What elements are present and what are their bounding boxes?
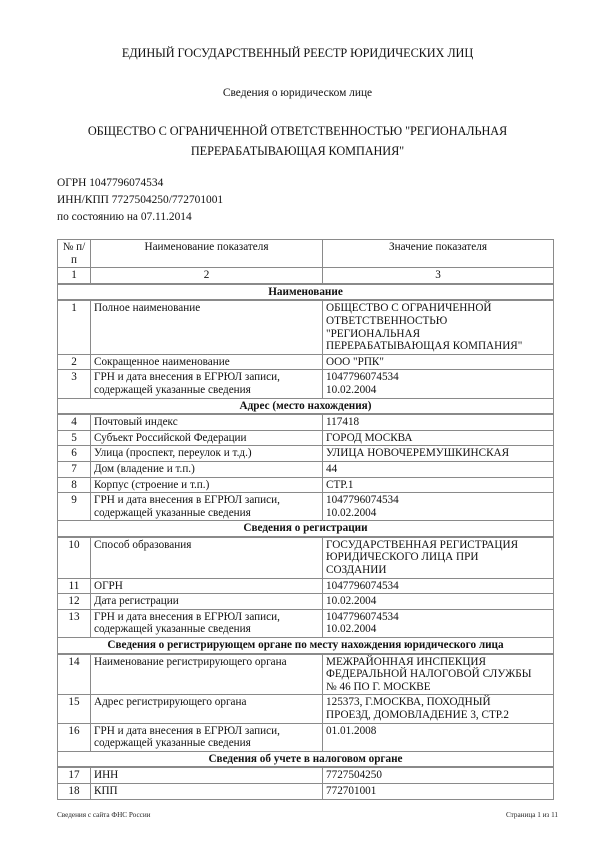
table-row: 7Дом (владение и т.п.)44 — [58, 461, 554, 477]
table-row: 16ГРН и дата внесения в ЕГРЮЛ записи, со… — [58, 723, 554, 751]
indicator-value: 117418 — [323, 414, 554, 430]
value-line: ГОРОД МОСКВА — [326, 432, 550, 445]
section-header-row: Наименование — [58, 284, 554, 301]
indicator-value: ООО "РПК" — [323, 354, 554, 370]
row-number: 11 — [58, 578, 91, 594]
row-number: 2 — [58, 354, 91, 370]
value-line: ПЕРЕРАБАТЫВАЮЩАЯ КОМПАНИЯ" — [326, 340, 550, 353]
column-number: 2 — [91, 268, 323, 284]
indicator-value: 44 — [323, 461, 554, 477]
table-row: 17ИНН7727504250 — [58, 767, 554, 783]
value-line: № 46 ПО Г. МОСКВЕ — [326, 681, 550, 694]
indicator-name: ГРН и дата внесения в ЕГРЮЛ записи, соде… — [91, 370, 323, 398]
indicator-value: УЛИЦА НОВОЧЕРЕМУШКИНСКАЯ — [323, 446, 554, 462]
value-line: 772701001 — [326, 785, 550, 798]
indicator-name: КПП — [91, 783, 323, 799]
table-row: 11ОГРН1047796074534 — [58, 578, 554, 594]
indicator-name: ОГРН — [91, 578, 323, 594]
table-row: 5Субъект Российской ФедерацииГОРОД МОСКВ… — [58, 430, 554, 446]
indicator-value: ГОСУДАРСТВЕННАЯ РЕГИСТРАЦИЯЮРИДИЧЕСКОГО … — [323, 537, 554, 578]
row-number: 13 — [58, 609, 91, 637]
value-line: 10.02.2004 — [326, 507, 550, 520]
as-of-date-line: по состоянию на 07.11.2014 — [57, 210, 192, 225]
section-header-row: Сведения об учете в налоговом органе — [58, 751, 554, 767]
table-row: 13ГРН и дата внесения в ЕГРЮЛ записи, со… — [58, 609, 554, 637]
table-row: 3ГРН и дата внесения в ЕГРЮЛ записи, сод… — [58, 370, 554, 398]
indicator-value: 125373, Г.МОСКВА, ПОХОДНЫЙПРОЕЗД, ДОМОВЛ… — [323, 695, 554, 723]
section-title: Сведения об учете в налоговом органе — [58, 751, 554, 767]
registry-title: ЕДИНЫЙ ГОСУДАРСТВЕННЫЙ РЕЕСТР ЮРИДИЧЕСКИ… — [0, 46, 595, 61]
value-line: СОЗДАНИИ — [326, 564, 550, 577]
row-number: 10 — [58, 537, 91, 578]
value-line: ФЕДЕРАЛЬНОЙ НАЛОГОВОЙ СЛУЖБЫ — [326, 668, 550, 681]
row-number: 7 — [58, 461, 91, 477]
indicator-name: Способ образования — [91, 537, 323, 578]
indicator-value: ОБЩЕСТВО С ОГРАНИЧЕННОЙОТВЕТСТВЕННОСТЬЮ"… — [323, 300, 554, 354]
indicator-name: Улица (проспект, переулок и т.д.) — [91, 446, 323, 462]
row-number: 17 — [58, 767, 91, 783]
indicator-name: Дата регистрации — [91, 594, 323, 610]
column-number: 3 — [323, 268, 554, 284]
organization-name-line: ОБЩЕСТВО С ОГРАНИЧЕННОЙ ОТВЕТСТВЕННОСТЬЮ… — [0, 121, 595, 141]
indicator-name: Дом (владение и т.п.) — [91, 461, 323, 477]
value-line: 10.02.2004 — [326, 384, 550, 397]
indicator-value: МЕЖРАЙОННАЯ ИНСПЕКЦИЯФЕДЕРАЛЬНОЙ НАЛОГОВ… — [323, 654, 554, 695]
table-row: 1Полное наименованиеОБЩЕСТВО С ОГРАНИЧЕН… — [58, 300, 554, 354]
header-indicator-value: Значение показателя — [323, 240, 554, 268]
section-title: Адрес (место нахождения) — [58, 398, 554, 414]
indicator-value: 104779607453410.02.2004 — [323, 609, 554, 637]
value-line: "РЕГИОНАЛЬНАЯ — [326, 328, 550, 341]
table-row: 18КПП772701001 — [58, 783, 554, 799]
value-line: ПРОЕЗД, ДОМОВЛАДЕНИЕ 3, СТР.2 — [326, 709, 550, 722]
indicator-value: 1047796074534 — [323, 578, 554, 594]
indicator-name: Субъект Российской Федерации — [91, 430, 323, 446]
row-number: 18 — [58, 783, 91, 799]
value-line: ЮРИДИЧЕСКОГО ЛИЦА ПРИ — [326, 551, 550, 564]
table-row: 15Адрес регистрирующего органа125373, Г.… — [58, 695, 554, 723]
row-number: 3 — [58, 370, 91, 398]
header-number: № п/п — [58, 240, 91, 268]
header-indicator-name: Наименование показателя — [91, 240, 323, 268]
section-header-row: Адрес (место нахождения) — [58, 398, 554, 414]
section-title: Сведения о регистрации — [58, 521, 554, 537]
registry-table: № п/п Наименование показателя Значение п… — [57, 239, 554, 800]
value-line: 10.02.2004 — [326, 623, 550, 636]
value-line: ГОСУДАРСТВЕННАЯ РЕГИСТРАЦИЯ — [326, 539, 550, 552]
indicator-value: ГОРОД МОСКВА — [323, 430, 554, 446]
value-line: 01.01.2008 — [326, 725, 550, 738]
indicator-name: ИНН — [91, 767, 323, 783]
section-title: Наименование — [58, 284, 554, 301]
value-line: 1047796074534 — [326, 580, 550, 593]
indicator-value: 772701001 — [323, 783, 554, 799]
section-header-row: Сведения о регистрации — [58, 521, 554, 537]
table-row: 4Почтовый индекс117418 — [58, 414, 554, 430]
row-number: 14 — [58, 654, 91, 695]
indicator-name: ГРН и дата внесения в ЕГРЮЛ записи, соде… — [91, 723, 323, 751]
section-header-row: Сведения о регистрирующем органе по мест… — [58, 638, 554, 654]
row-number: 15 — [58, 695, 91, 723]
footer-source: Сведения с сайта ФНС России — [57, 811, 151, 819]
row-number: 6 — [58, 446, 91, 462]
section-title: Сведения о регистрирующем органе по мест… — [58, 638, 554, 654]
row-number: 16 — [58, 723, 91, 751]
table-row: 12Дата регистрации10.02.2004 — [58, 594, 554, 610]
row-number: 12 — [58, 594, 91, 610]
value-line: 1047796074534 — [326, 371, 550, 384]
indicator-name: ГРН и дата внесения в ЕГРЮЛ записи, соде… — [91, 609, 323, 637]
indicator-value: 7727504250 — [323, 767, 554, 783]
ogrn-line: ОГРН 1047796074534 — [57, 176, 163, 191]
value-line: 7727504250 — [326, 769, 550, 782]
indicator-value: СТР.1 — [323, 477, 554, 493]
row-number: 9 — [58, 493, 91, 521]
value-line: УЛИЦА НОВОЧЕРЕМУШКИНСКАЯ — [326, 447, 550, 460]
value-line: 1047796074534 — [326, 494, 550, 507]
table-row: 2Сокращенное наименованиеООО "РПК" — [58, 354, 554, 370]
organization-name-line: ПЕРЕРАБАТЫВАЮЩАЯ КОМПАНИЯ" — [0, 141, 595, 161]
row-number: 4 — [58, 414, 91, 430]
value-line: ОБЩЕСТВО С ОГРАНИЧЕННОЙ — [326, 302, 550, 315]
table-row: 9ГРН и дата внесения в ЕГРЮЛ записи, сод… — [58, 493, 554, 521]
indicator-value: 01.01.2008 — [323, 723, 554, 751]
column-number-row: 1 2 3 — [58, 268, 554, 284]
row-number: 5 — [58, 430, 91, 446]
indicator-name: Сокращенное наименование — [91, 354, 323, 370]
value-line: ОТВЕТСТВЕННОСТЬЮ — [326, 315, 550, 328]
value-line: 117418 — [326, 416, 550, 429]
value-line: 1047796074534 — [326, 611, 550, 624]
footer-page-number: Страница 1 из 11 — [506, 811, 558, 819]
value-line: 125373, Г.МОСКВА, ПОХОДНЫЙ — [326, 696, 550, 709]
indicator-name: Наименование регистрирующего органа — [91, 654, 323, 695]
indicator-value: 104779607453410.02.2004 — [323, 493, 554, 521]
table-header-row: № п/п Наименование показателя Значение п… — [58, 240, 554, 268]
value-line: СТР.1 — [326, 479, 550, 492]
organization-name: ОБЩЕСТВО С ОГРАНИЧЕННОЙ ОТВЕТСТВЕННОСТЬЮ… — [0, 121, 595, 161]
indicator-name: Почтовый индекс — [91, 414, 323, 430]
table-row: 10Способ образованияГОСУДАРСТВЕННАЯ РЕГИ… — [58, 537, 554, 578]
value-line: ООО "РПК" — [326, 356, 550, 369]
row-number: 8 — [58, 477, 91, 493]
indicator-value: 10.02.2004 — [323, 594, 554, 610]
value-line: 44 — [326, 463, 550, 476]
row-number: 1 — [58, 300, 91, 354]
indicator-name: Корпус (строение и т.п.) — [91, 477, 323, 493]
table-row: 14Наименование регистрирующего органаМЕЖ… — [58, 654, 554, 695]
value-line: МЕЖРАЙОННАЯ ИНСПЕКЦИЯ — [326, 656, 550, 669]
inn-kpp-line: ИНН/КПП 7727504250/772701001 — [57, 193, 223, 208]
table-row: 6Улица (проспект, переулок и т.д.)УЛИЦА … — [58, 446, 554, 462]
indicator-name: Полное наименование — [91, 300, 323, 354]
table-row: 8Корпус (строение и т.п.)СТР.1 — [58, 477, 554, 493]
indicator-name: Адрес регистрирующего органа — [91, 695, 323, 723]
indicator-value: 104779607453410.02.2004 — [323, 370, 554, 398]
document-subtitle: Сведения о юридическом лице — [0, 87, 595, 99]
column-number: 1 — [58, 268, 91, 284]
value-line: 10.02.2004 — [326, 595, 550, 608]
indicator-name: ГРН и дата внесения в ЕГРЮЛ записи, соде… — [91, 493, 323, 521]
